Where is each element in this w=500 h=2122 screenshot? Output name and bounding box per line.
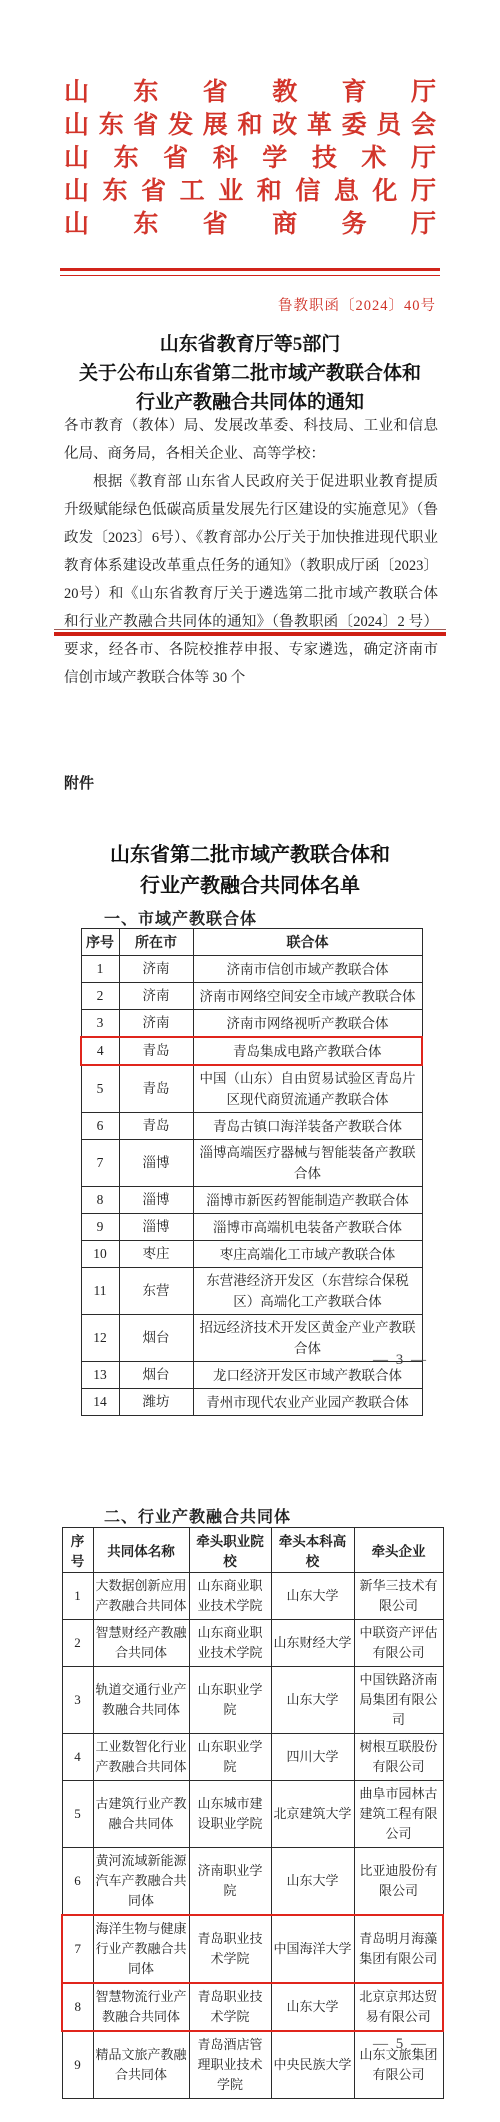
table-header-row: 序号共同体名称牵头职业院校牵头本科高校牵头企业	[62, 1528, 443, 1573]
table-row: 5古建筑行业产教融合共同体山东城市建设职业学院北京建筑大学曲阜市园林古建筑工程有…	[62, 1781, 443, 1848]
table-cell: 北京建筑大学	[271, 1781, 354, 1848]
table-cell: 7	[62, 1915, 93, 1983]
table-cell: 山东大学	[271, 1573, 354, 1620]
letterhead-rule	[60, 268, 440, 276]
city-consortium-table: 序号所在市联合体1济南济南市信创市域产教联合体2济南济南市网络空间安全市域产教联…	[80, 928, 423, 1416]
table-cell: 1	[62, 1573, 93, 1620]
table-cell: 北京京邦达贸易有限公司	[354, 1983, 443, 2031]
agency-line: 山东省教育厅	[64, 76, 436, 109]
column-header: 序号	[81, 929, 119, 956]
table-cell: 中国海洋大学	[271, 1915, 354, 1983]
table-cell: 黄河流域新能源汽车产教融合共同体	[93, 1848, 189, 1916]
notice-title-line: 山东省教育厅等5部门	[40, 330, 460, 359]
table-cell: 淄博市高端机电装备产教联合体	[193, 1214, 422, 1241]
table-cell: 精品文旅产教融合共同体	[93, 2031, 189, 2099]
attachment-title-line: 山东省第二批市域产教联合体和	[40, 840, 460, 871]
table-row: 4青岛青岛集成电路产教联合体	[81, 1037, 422, 1065]
notice-title-line: 关于公布山东省第二批市域产教联合体和	[40, 359, 460, 388]
table-cell: 枣庄	[119, 1241, 193, 1268]
salutation: 各市教育（教体）局、发展改革委、科技局、工业和信息化局、商务局，各相关企业、高等…	[64, 412, 438, 468]
table-row: 4工业数智化行业产教融合共同体山东职业学院四川大学树根互联股份有限公司	[62, 1734, 443, 1781]
agency-lines: 山东省教育厅山东省发展和改革委员会山东省科学技术厅山东省工业和信息化厅山东省商务…	[64, 76, 436, 241]
table-row: 8智慧物流行业产教融合共同体青岛职业技术学院山东大学北京京邦达贸易有限公司	[62, 1983, 443, 2031]
table-cell: 东营港经济开发区（东营综合保税区）高端化工产教联合体	[193, 1268, 422, 1315]
column-header: 所在市	[119, 929, 193, 956]
table-cell: 曲阜市园林古建筑工程有限公司	[354, 1781, 443, 1848]
body-paragraph: 根据《教育部 山东省人民政府关于促进职业教育提质升级赋能绿色低碳高质量发展先行区…	[64, 468, 438, 692]
doc-number: 鲁教职函〔2024〕40号	[64, 294, 436, 315]
table-row: 14潍坊青州市现代农业产业园产教联合体	[81, 1389, 422, 1416]
table-cell: 济南市信创市域产教联合体	[193, 956, 422, 983]
agency-line: 山东省工业和信息化厅	[64, 175, 436, 208]
document-page: 山东省教育厅山东省发展和改革委员会山东省科学技术厅山东省工业和信息化厅山东省商务…	[0, 0, 500, 2122]
table-cell: 树根互联股份有限公司	[354, 1734, 443, 1781]
table-cell: 4	[81, 1037, 119, 1065]
column-header: 牵头企业	[354, 1528, 443, 1573]
table-cell: 8	[62, 1983, 93, 2031]
table-row: 7海洋生物与健康行业产教融合共同体青岛职业技术学院中国海洋大学青岛明月海藻集团有…	[62, 1915, 443, 1983]
table-row: 11东营东营港经济开发区（东营综合保税区）高端化工产教联合体	[81, 1268, 422, 1315]
table-row: 12烟台招远经济技术开发区黄金产业产教联合体	[81, 1315, 422, 1362]
table-row: 13烟台龙口经济开发区市域产教联合体	[81, 1362, 422, 1389]
table-row: 8淄博淄博市新医药智能制造产教联合体	[81, 1187, 422, 1214]
table-cell: 山东财经大学	[271, 1620, 354, 1667]
attachment-label: 附件	[64, 772, 94, 793]
table-cell: 青岛	[119, 1113, 193, 1140]
table-cell: 8	[81, 1187, 119, 1214]
attachment-title: 山东省第二批市域产教联合体和 行业产教融合共同体名单	[40, 840, 460, 902]
table-cell: 青岛古镇口海洋装备产教联合体	[193, 1113, 422, 1140]
table-cell: 淄博	[119, 1214, 193, 1241]
table-cell: 青岛酒店管理职业技术学院	[189, 2031, 271, 2099]
notice-title: 山东省教育厅等5部门 关于公布山东省第二批市域产教联合体和 行业产教融合共同体的…	[40, 330, 460, 417]
table-cell: 中央民族大学	[271, 2031, 354, 2099]
table-cell: 山东商业职业技术学院	[189, 1620, 271, 1667]
table-cell: 山东大学	[271, 1983, 354, 2031]
table-cell: 5	[62, 1781, 93, 1848]
table-cell: 中国铁路济南局集团有限公司	[354, 1667, 443, 1734]
table-cell: 11	[81, 1268, 119, 1315]
table-cell: 14	[81, 1389, 119, 1416]
table-cell: 9	[62, 2031, 93, 2099]
table-cell: 淄博市新医药智能制造产教联合体	[193, 1187, 422, 1214]
table-cell: 青岛	[119, 1037, 193, 1065]
table-cell: 10	[81, 1241, 119, 1268]
table-row: 1济南济南市信创市域产教联合体	[81, 956, 422, 983]
table-cell: 1	[81, 956, 119, 983]
table-header-row: 序号所在市联合体	[81, 929, 422, 956]
table-cell: 大数据创新应用产教融合共同体	[93, 1573, 189, 1620]
table-cell: 9	[81, 1214, 119, 1241]
column-header: 联合体	[193, 929, 422, 956]
notice-body: 各市教育（教体）局、发展改革委、科技局、工业和信息化局、商务局，各相关企业、高等…	[64, 412, 438, 692]
table-cell: 济南市网络空间安全市域产教联合体	[193, 983, 422, 1010]
table-cell: 济南	[119, 956, 193, 983]
table-cell: 淄博	[119, 1140, 193, 1187]
table-cell: 青州市现代农业产业园产教联合体	[193, 1389, 422, 1416]
table-cell: 山东城市建设职业学院	[189, 1781, 271, 1848]
table-row: 2智慧财经产教融合共同体山东商业职业技术学院山东财经大学中联资产评估有限公司	[62, 1620, 443, 1667]
table-cell: 6	[81, 1113, 119, 1140]
table-cell: 2	[62, 1620, 93, 1667]
column-header: 牵头本科高校	[271, 1528, 354, 1573]
table-row: 2济南济南市网络空间安全市域产教联合体	[81, 983, 422, 1010]
page-number-3: — 3 —	[373, 1352, 428, 1369]
table-cell: 海洋生物与健康行业产教融合共同体	[93, 1915, 189, 1983]
table-cell: 山东商业职业技术学院	[189, 1573, 271, 1620]
table-cell: 青岛职业技术学院	[189, 1983, 271, 2031]
table-cell: 济南职业学院	[189, 1848, 271, 1916]
table-cell: 淄博高端医疗器械与智能装备产教联合体	[193, 1140, 422, 1187]
table-cell: 山东职业学院	[189, 1667, 271, 1734]
table-row: 9淄博淄博市高端机电装备产教联合体	[81, 1214, 422, 1241]
table-row: 3轨道交通行业产教融合共同体山东职业学院山东大学中国铁路济南局集团有限公司	[62, 1667, 443, 1734]
table-cell: 智慧财经产教融合共同体	[93, 1620, 189, 1667]
agency-line: 山东省商务厅	[64, 208, 436, 241]
table-cell: 2	[81, 983, 119, 1010]
table-cell: 4	[62, 1734, 93, 1781]
agency-line: 山东省科学技术厅	[64, 142, 436, 175]
table-cell: 新华三技术有限公司	[354, 1573, 443, 1620]
table-cell: 枣庄高端化工市域产教联合体	[193, 1241, 422, 1268]
table-cell: 中联资产评估有限公司	[354, 1620, 443, 1667]
table-cell: 智慧物流行业产教融合共同体	[93, 1983, 189, 2031]
table-row: 6青岛青岛古镇口海洋装备产教联合体	[81, 1113, 422, 1140]
table-cell: 轨道交通行业产教融合共同体	[93, 1667, 189, 1734]
table-cell: 7	[81, 1140, 119, 1187]
table-cell: 中国（山东）自由贸易试验区青岛片区现代商贸流通产教联合体	[193, 1065, 422, 1113]
section-heading-industry: 二、行业产教融合共同体	[104, 1504, 291, 1527]
section-heading-city: 一、市域产教联合体	[104, 906, 257, 929]
column-header: 序号	[62, 1528, 93, 1573]
page-number-5: — 5 —	[373, 2036, 428, 2053]
table-cell: 青岛明月海藻集团有限公司	[354, 1915, 443, 1983]
table-cell: 青岛	[119, 1065, 193, 1113]
table-row: 1大数据创新应用产教融合共同体山东商业职业技术学院山东大学新华三技术有限公司	[62, 1573, 443, 1620]
table-cell: 3	[81, 1010, 119, 1038]
table-cell: 山东职业学院	[189, 1734, 271, 1781]
page-break-rule	[54, 629, 446, 636]
table-cell: 工业数智化行业产教融合共同体	[93, 1734, 189, 1781]
table-cell: 潍坊	[119, 1389, 193, 1416]
industry-consortium-table: 序号共同体名称牵头职业院校牵头本科高校牵头企业1大数据创新应用产教融合共同体山东…	[61, 1527, 444, 2099]
table-row: 6黄河流域新能源汽车产教融合共同体济南职业学院山东大学比亚迪股份有限公司	[62, 1848, 443, 1916]
table-cell: 济南	[119, 983, 193, 1010]
table-cell: 古建筑行业产教融合共同体	[93, 1781, 189, 1848]
column-header: 牵头职业院校	[189, 1528, 271, 1573]
table-cell: 12	[81, 1315, 119, 1362]
table-cell: 青岛集成电路产教联合体	[193, 1037, 422, 1065]
table-cell: 6	[62, 1848, 93, 1916]
table-cell: 比亚迪股份有限公司	[354, 1848, 443, 1916]
table-cell: 13	[81, 1362, 119, 1389]
column-header: 共同体名称	[93, 1528, 189, 1573]
agency-line: 山东省发展和改革委员会	[64, 109, 436, 142]
table-cell: 3	[62, 1667, 93, 1734]
table-row: 10枣庄枣庄高端化工市域产教联合体	[81, 1241, 422, 1268]
table-cell: 四川大学	[271, 1734, 354, 1781]
table-cell: 烟台	[119, 1315, 193, 1362]
table-cell: 青岛职业技术学院	[189, 1915, 271, 1983]
table-cell: 烟台	[119, 1362, 193, 1389]
table-cell: 济南	[119, 1010, 193, 1038]
table-cell: 东营	[119, 1268, 193, 1315]
table-cell: 淄博	[119, 1187, 193, 1214]
table-cell: 5	[81, 1065, 119, 1113]
table-row: 3济南济南市网络视听产教联合体	[81, 1010, 422, 1038]
table-row: 7淄博淄博高端医疗器械与智能装备产教联合体	[81, 1140, 422, 1187]
table-row: 5青岛中国（山东）自由贸易试验区青岛片区现代商贸流通产教联合体	[81, 1065, 422, 1113]
table-cell: 山东大学	[271, 1667, 354, 1734]
attachment-title-line: 行业产教融合共同体名单	[40, 871, 460, 902]
table-cell: 山东大学	[271, 1848, 354, 1916]
table-cell: 济南市网络视听产教联合体	[193, 1010, 422, 1038]
